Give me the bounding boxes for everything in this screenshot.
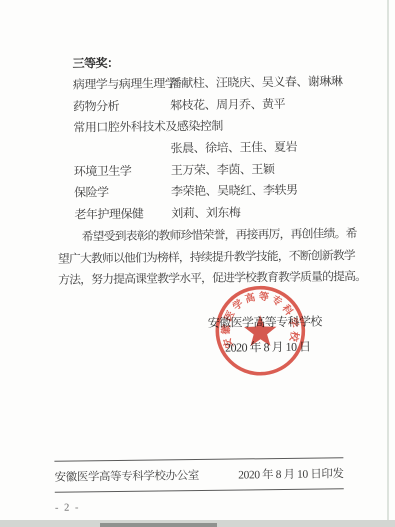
- course-label: 病理学与病理生理学: [73, 73, 170, 96]
- closing-paragraph: 希望受到表彰的教师珍惜荣誉，再接再厉，再创佳绩。希 望广大教师以他们为榜样，持续…: [58, 223, 353, 292]
- seal-star-icon: [244, 315, 277, 346]
- winner-names: 刘莉、刘东梅: [171, 201, 364, 225]
- footer-rule-bottom: [55, 488, 344, 493]
- page-number: - 2 -: [55, 502, 80, 513]
- official-seal: 安徽医学高等专科学校: [212, 283, 308, 379]
- course-label: 药物分析: [73, 95, 170, 118]
- scan-band-dark: [100, 523, 217, 527]
- document-content: 三等奖： 病理学与病理生理学 潘献柱、汪晓庆、吴义春、谢琳琳 药物分析 邾枝花、…: [0, 0, 395, 527]
- winner-names: [223, 114, 364, 137]
- footer-print-date: 2020 年 8 月 10 日印发: [238, 465, 344, 482]
- winner-names: 王万荣、李茵、王颖: [171, 158, 364, 182]
- document-page: 三等奖： 病理学与病理生理学 潘献柱、汪晓庆、吴义春、谢琳琳 药物分析 邾枝花、…: [0, 0, 395, 527]
- winner-names: 潘献柱、汪晓庆、吴义春、谢琳琳: [170, 71, 363, 95]
- paragraph-line: 方法，努力提高课堂教学水平，促进学校教育教学质量的提高。: [58, 266, 352, 291]
- paragraph-line: 希望受到表彰的教师珍惜荣誉，再接再厉，再创佳绩。希: [58, 223, 352, 248]
- winner-names: 邾枝花、周月乔、黄平: [170, 93, 363, 117]
- award-list: 三等奖： 病理学与病理生理学 潘献柱、汪晓庆、吴义春、谢琳琳 药物分析 邾枝花、…: [72, 49, 364, 226]
- course-label: 环境卫生学: [74, 160, 171, 183]
- course-label: 常用口腔外科技术及感染控制: [73, 116, 223, 140]
- seal-graphic: 安徽医学高等专科学校: [212, 283, 308, 379]
- footer-issuer: 安徽医学高等专科学校办公室: [54, 467, 198, 485]
- course-label: 保险学: [74, 182, 171, 205]
- course-label: [73, 138, 170, 161]
- scan-edge-right: [387, 0, 389, 527]
- footer-row: 安徽医学高等专科学校办公室 2020 年 8 月 10 日印发: [54, 463, 343, 487]
- footer-rule-top: [54, 457, 343, 462]
- winner-names: 李荣艳、吴晓红、李轶男: [171, 179, 364, 203]
- course-label: 老年护理保健: [74, 203, 171, 226]
- winner-names: 张晨、徐培、王佳、夏岩: [170, 136, 363, 160]
